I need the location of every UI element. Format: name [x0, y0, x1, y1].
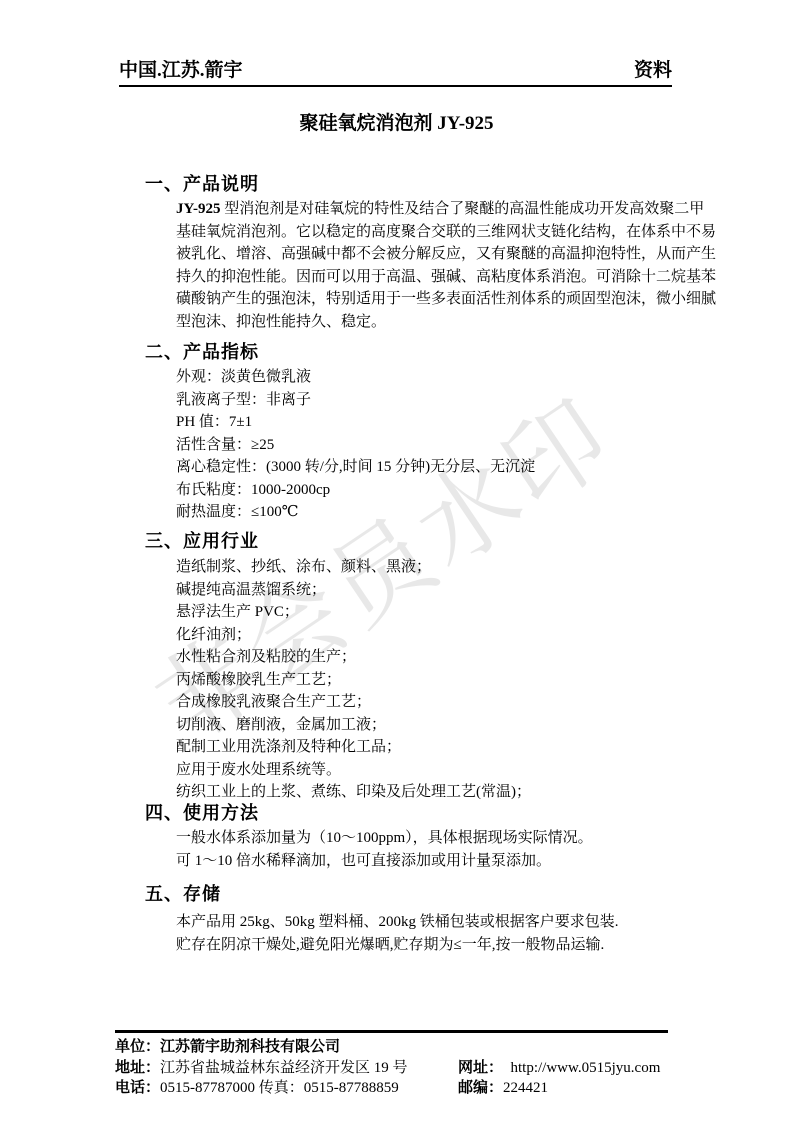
product-description-paragraph: JY-925 型消泡剂是对硅氧烷的特性及结合了聚醚的高温性能成功开发高效聚二甲 …: [176, 198, 736, 333]
product-code-bold: JY-925: [176, 201, 220, 217]
page-footer: 单位： 江苏箭宇助剂科技有限公司 地址：江苏省盐城益林东益经济开发区 19 号 …: [115, 1037, 715, 1099]
section-heading-product-description: 一、产品说明: [145, 170, 259, 196]
paragraph-line: 型泡沫、抑泡性能持久、稳定。: [176, 311, 736, 334]
application-item: 化纤油剂；: [176, 624, 736, 647]
address-cell: 地址：江苏省盐城益林东益经济开发区 19 号: [115, 1058, 458, 1079]
footer-divider-rule: [115, 1030, 668, 1033]
section-heading-applications: 三、应用行业: [145, 527, 259, 553]
application-item: 丙烯酸橡胶乳生产工艺；: [176, 669, 736, 692]
spec-heat-resistance: 耐热温度：≤100℃: [176, 501, 736, 524]
application-item: 纺织工业上的上浆、煮练、印染及后处理工艺(常温)；: [176, 781, 736, 804]
header-left-text: 中国.江苏.箭宇: [119, 55, 243, 82]
storage-instructions: 本产品用 25kg、50kg 塑料桶、200kg 铁桶包装或根据客户要求包装. …: [176, 911, 736, 956]
application-item: 造纸制浆、抄纸、涂布、颜料、黑液；: [176, 556, 736, 579]
document-title: 聚硅氧烷消泡剂 JY-925: [0, 108, 793, 135]
application-item: 应用于废水处理系统等。: [176, 759, 736, 782]
paragraph-line: JY-925 型消泡剂是对硅氧烷的特性及结合了聚醚的高温性能成功开发高效聚二甲: [176, 198, 736, 221]
section-heading-storage: 五、存储: [145, 880, 221, 906]
section-heading-usage: 四、使用方法: [145, 799, 259, 825]
footer-phone-row: 电话：0515-87787000 传真：0515-87788859 邮编：224…: [115, 1078, 715, 1099]
storage-line: 贮存在阴凉干燥处,避免阳光爆晒,贮存期为≤一年,按一般物品运输.: [176, 934, 736, 957]
paragraph-line: 被乳化、增溶、高强碱中都不会被分解反应，又有聚醚的高温抑泡特性，从而产生: [176, 243, 736, 266]
phone-cell: 电话：0515-87787000 传真：0515-87788859: [115, 1078, 458, 1099]
spec-ionic-type: 乳液离子型：非离子: [176, 389, 736, 412]
footer-address-row: 地址：江苏省盐城益林东益经济开发区 19 号 网址： http://www.05…: [115, 1058, 715, 1079]
applications-list: 造纸制浆、抄纸、涂布、颜料、黑液； 碱提纯高温蒸馏系统； 悬浮法生产 PVC； …: [176, 556, 736, 804]
usage-instructions: 一般水体系添加量为（10～100ppm），具体根据现场实际情况。 可 1～10 …: [176, 827, 736, 872]
usage-line: 可 1～10 倍水稀释滴加，也可直接添加或用计量泵添加。: [176, 850, 736, 873]
application-item: 碱提纯高温蒸馏系统；: [176, 579, 736, 602]
zip-label: 邮编：: [458, 1080, 503, 1096]
address-value: 江苏省盐城益林东益经济开发区 19 号: [160, 1060, 408, 1076]
paragraph-line: 持久的抑泡性能。因而可以用于高温、强碱、高粘度体系消泡。可消除十二烷基苯: [176, 266, 736, 289]
paragraph-line: 磺酸钠产生的强泡沫，特别适用于一些多表面活性剂体系的顽固型泡沫，微小细腻: [176, 288, 736, 311]
page-header: 中国.江苏.箭宇 资料: [119, 55, 672, 87]
application-item: 配制工业用洗涤剂及特种化工品；: [176, 736, 736, 759]
section-heading-product-specs: 二、产品指标: [145, 338, 259, 364]
spec-appearance: 外观：淡黄色微乳液: [176, 366, 736, 389]
zip-value: 224421: [503, 1080, 548, 1096]
application-item: 合成橡胶乳液聚合生产工艺；: [176, 691, 736, 714]
spec-centrifugal-stability: 离心稳定性：(3000 转/分,时间 15 分钟)无分层、无沉淀: [176, 456, 736, 479]
footer-company-row: 单位： 江苏箭宇助剂科技有限公司: [115, 1037, 715, 1058]
company-name: 江苏箭宇助剂科技有限公司: [160, 1037, 340, 1058]
application-item: 切削液、磨削液，金属加工液；: [176, 714, 736, 737]
phone-label: 电话：: [115, 1080, 160, 1096]
application-item: 悬浮法生产 PVC；: [176, 601, 736, 624]
zip-cell: 邮编：224421: [458, 1078, 548, 1099]
spec-active-content: 活性含量：≥25: [176, 434, 736, 457]
usage-line: 一般水体系添加量为（10～100ppm），具体根据现场实际情况。: [176, 827, 736, 850]
spec-ph-value: PH 值：7±1: [176, 411, 736, 434]
website-url: http://www.0515jyu.com: [511, 1060, 661, 1076]
company-label: 单位：: [115, 1037, 160, 1058]
phone-value: 0515-87787000 传真：0515-87788859: [160, 1080, 399, 1096]
document-page: 非会员水印 中国.江苏.箭宇 资料 聚硅氧烷消泡剂 JY-925 一、产品说明 …: [0, 0, 793, 1122]
storage-line: 本产品用 25kg、50kg 塑料桶、200kg 铁桶包装或根据客户要求包装.: [176, 911, 736, 934]
product-specs-list: 外观：淡黄色微乳液 乳液离子型：非离子 PH 值：7±1 活性含量：≥25 离心…: [176, 366, 736, 524]
address-label: 地址：: [115, 1060, 160, 1076]
website-cell: 网址： http://www.0515jyu.com: [458, 1058, 660, 1079]
header-right-text: 资料: [634, 55, 672, 82]
website-label: 网址：: [458, 1060, 503, 1076]
spec-viscosity: 布氏粘度：1000-2000cp: [176, 479, 736, 502]
application-item: 水性粘合剂及粘胶的生产；: [176, 646, 736, 669]
paragraph-line: 基硅氧烷消泡剂。它以稳定的高度聚合交联的三维网状支链化结构，在体系中不易: [176, 221, 736, 244]
